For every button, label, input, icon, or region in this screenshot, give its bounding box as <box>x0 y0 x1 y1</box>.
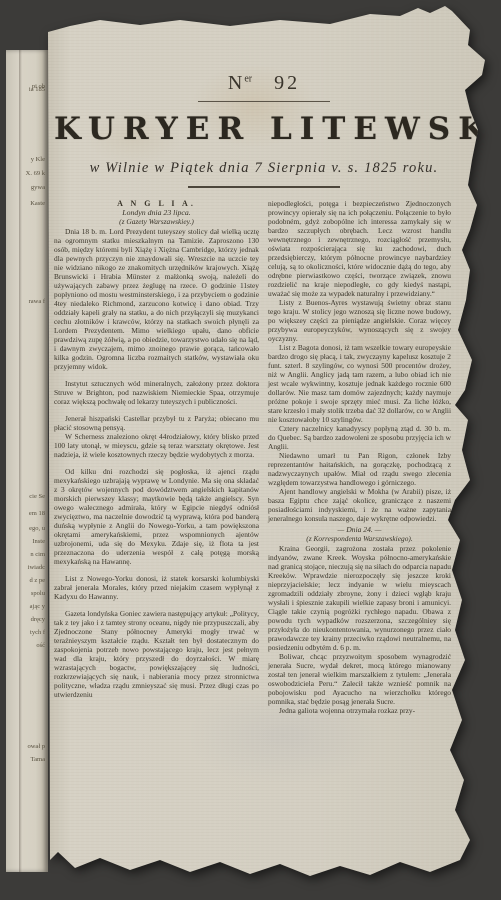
spine-text-fragment: cie Se <box>29 493 45 500</box>
spine-text-fragment: dręcy <box>31 616 45 623</box>
spine-text-fragment: spolu <box>31 590 45 597</box>
section-dateline: Londyn dnia 23 lipca. <box>54 208 259 217</box>
paper-blemish <box>459 634 466 640</box>
section-source: (z Korrespondenta Warszawskiego). <box>268 534 451 543</box>
spine-text-fragment: X. 69 k <box>26 170 45 177</box>
masthead-rule-bottom <box>188 186 340 188</box>
left-column: A N G L I A. Londyn dnia 23 lipca. (z Ga… <box>54 199 259 715</box>
spine-text-fragment: rawa f <box>29 298 45 305</box>
article-paragraph: Ajent handlowy angielski w Mokha (w Arab… <box>268 487 451 523</box>
spine-text-fragment: em 18 <box>29 510 45 517</box>
article-paragraph: Boliwar, chcąc przyzwoitym sposobem wyna… <box>268 652 451 706</box>
article-columns: A N G L I A. Londyn dnia 23 lipca. (z Ga… <box>54 199 474 715</box>
article-paragraph: Listy z Buenos-Ayres wystawują świetny o… <box>268 298 451 343</box>
right-column: niepodległości, potęga i bezpieczeństwo … <box>268 199 451 715</box>
spine-text-fragment: iwiadc <box>28 564 45 571</box>
page-content: Ner92 KURYER LITEWSKI w Wilnie w Piątek … <box>44 6 488 884</box>
newspaper-title: KURYER LITEWSKI <box>54 111 474 147</box>
masthead-rule-top <box>198 101 330 102</box>
newspaper-page: Ner92 KURYER LITEWSKI w Wilnie w Piątek … <box>44 6 488 884</box>
spine-text-fragment: n cim <box>30 551 45 558</box>
article-paragraph: Instytut sztucznych wód mineralnych, zał… <box>54 379 259 406</box>
masthead: Ner92 KURYER LITEWSKI w Wilnie w Piątek … <box>54 72 474 188</box>
spine-text-fragment: Tama <box>31 756 45 763</box>
section-title: A N G L I A. <box>54 199 259 208</box>
issue-prefix: N <box>228 72 244 94</box>
article-paragraph: Od kilku dni rozchodzi się pogłoska, iż … <box>54 467 259 566</box>
issue-number-value: 92 <box>274 72 300 94</box>
section-dateline: — Dnia 24. — <box>268 525 451 534</box>
spine-text-fragment: y Kle <box>31 156 45 163</box>
spine-text-fragment: ając y <box>30 603 45 610</box>
article-paragraph: Cztery naczelnicy kanadyyscy popłyną ztą… <box>268 424 451 451</box>
issue-superscript: er <box>244 73 252 84</box>
scan-canvas: pi ob ia 185 y Kle X. 69 k gywa Kaste ra… <box>0 0 501 900</box>
article-paragraph: Jedna galiota wojenna otrzymała rozkaz p… <box>268 706 451 715</box>
article-paragraph: Kraina Georgii, zagrożona została przez … <box>268 544 451 652</box>
article-paragraph: Niedawno umarł tu Pan Rigon, członek Izb… <box>268 451 451 487</box>
article-paragraph: Jenerał hiszpański Castellar przybył tu … <box>54 414 259 432</box>
adjacent-page-edge: pi ob ia 185 y Kle X. 69 k gywa Kaste ra… <box>6 50 48 872</box>
spine-text-fragment: ego, u <box>29 525 45 532</box>
article-paragraph: Gazeta londyńska Goniec zawiera następuj… <box>54 609 259 699</box>
issue-number: Ner92 <box>54 72 474 95</box>
article-paragraph: Dnia 18 b. m. Lord Prezydent tuteyszey s… <box>54 227 259 371</box>
spine-text-fragment: ia 185 <box>29 86 45 93</box>
article-paragraph: List z Nowego-Yorku donosi, iż statek ko… <box>54 574 259 601</box>
spine-text-fragment: tych f <box>30 629 45 636</box>
masthead-dateline: w Wilnie w Piątek dnia 7 Sierpnia v. s. … <box>54 160 474 177</box>
spine-text-fragment: ował p <box>27 743 45 750</box>
article-paragraph: List z Bagota donosi, iż tam wszelkie to… <box>268 343 451 424</box>
article-paragraph: niepodległości, potęga i bezpieczeństwo … <box>268 199 451 298</box>
section-source: (z Gazety Warszawskiey.) <box>54 217 259 226</box>
newspaper-page-wrap: Ner92 KURYER LITEWSKI w Wilnie w Piątek … <box>44 6 488 884</box>
spine-text-fragment: Kaste <box>30 200 45 207</box>
spine-text-fragment: d z pe <box>29 577 45 584</box>
spine-crease <box>19 50 22 872</box>
article-paragraph: W Scherness znaleziono okręt 44rodziałow… <box>54 432 259 459</box>
spine-text-fragment: gywa <box>31 184 45 191</box>
